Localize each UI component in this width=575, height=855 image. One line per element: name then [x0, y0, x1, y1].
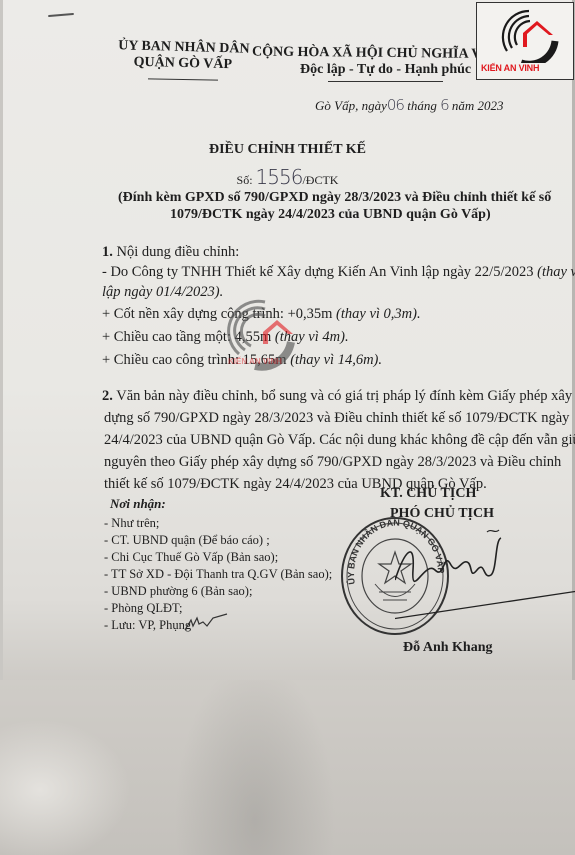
kien-an-vinh-logo-icon [477, 3, 573, 63]
date-prefix: Gò Vấp, ngày [315, 98, 387, 113]
section-1-line-2: lập ngày 01/4/2023). [102, 282, 223, 302]
initials-signature-icon [183, 610, 229, 634]
document-title: ĐIỀU CHỈNH THIẾT KẾ [0, 142, 575, 158]
recipient-item: - Phòng QLĐT; [104, 600, 182, 617]
recipient-item: - Như trên; [104, 515, 159, 532]
signer-title-1: KT. CHỦ TỊCH [380, 486, 476, 502]
issue-date: Gò Vấp, ngày06 tháng 6 năm 2023 [315, 96, 504, 114]
section-2-line: 24/4/2023 của UBND quận Gò Vấp. Các nội … [104, 430, 575, 450]
section-2-line: 2. Văn bản này điều chỉnh, bổ sung và có… [102, 386, 572, 406]
number-suffix: /ĐCTK [302, 173, 338, 187]
recipient-item: - TT Sở XD - Đội Thanh tra Q.GV (Bản sao… [104, 566, 332, 583]
motto-underline [328, 81, 443, 82]
recipient-item: - UBND phường 6 (Bản sao); [104, 583, 252, 600]
document-number: Số: 1556/ĐCTK [0, 165, 575, 189]
number-prefix: Số: [237, 173, 253, 187]
section-1-line-1: - Do Công ty TNHH Thiết kế Xây dựng Kiến… [102, 262, 575, 282]
date-year: năm 2023 [452, 98, 504, 113]
recipient-item: - Chi Cục Thuế Gò Vấp (Bản sao); [104, 549, 278, 566]
signer-name: Đỗ Anh Khang [403, 640, 492, 656]
pen-mark [48, 13, 74, 17]
agency-underline [148, 78, 218, 80]
national-motto: Độc lập - Tự do - Hạnh phúc [300, 62, 471, 78]
watermark-text: KIẾN AN VINH [228, 357, 282, 366]
number-handwritten: 1556 [256, 165, 303, 189]
attachment-line-1: (Đính kèm GPXD số 790/GPXD ngày 28/3/202… [118, 190, 551, 206]
attachment-line-2: 1079/ĐCTK ngày 24/4/2023 của UBND quận G… [170, 207, 491, 223]
agency-line2: QUẬN GÒ VẤP [118, 54, 248, 73]
date-month-label: tháng [407, 98, 437, 113]
recipient-item: - CT. UBND quận (Để báo cáo) ; [104, 532, 270, 549]
handwritten-signature-icon [395, 520, 575, 640]
section-2-line: nguyên theo Giấy phép xây dựng số 790/GP… [104, 452, 561, 472]
recipient-item: - Lưu: VP, Phụng [104, 617, 191, 634]
issuing-agency: ỦY BAN NHÂN DÂN QUẬN GÒ VẤP [118, 38, 249, 73]
paper-fold-shadow [0, 680, 575, 855]
section-1-heading: 1. Nội dung điều chỉnh: [102, 242, 239, 262]
logo-text: KIẾN AN VINH [481, 63, 539, 73]
date-month: 6 [440, 96, 449, 114]
recipients-heading: Nơi nhận: [110, 496, 166, 513]
kien-an-vinh-logo: KIẾN AN VINH [476, 2, 574, 80]
section-2-line: dựng số 790/GPXD ngày 28/3/2023 và Điều … [104, 408, 569, 428]
date-day: 06 [387, 96, 404, 114]
